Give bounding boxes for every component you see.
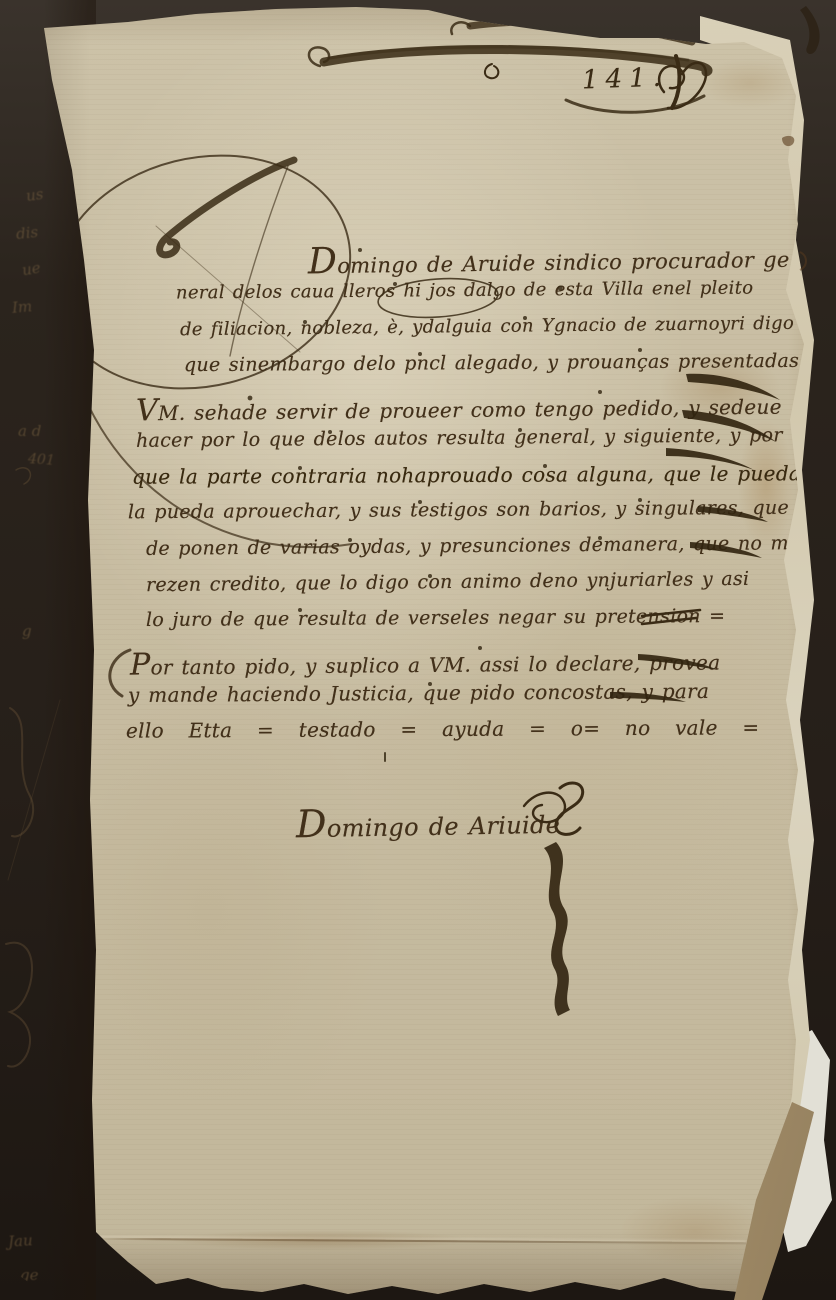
manuscript-line: Por tanto pido, y suplico a VM. assi lo …	[130, 642, 721, 682]
manuscript-line: VM. sehade servir de proueer como tengo …	[136, 387, 782, 429]
manuscript-line: ello Etta = testado = ayuda = o= no vale…	[126, 715, 760, 742]
folio-number: 141.	[582, 63, 669, 96]
manuscript-photo: us dis ue Im a d 401 g Jau ge 141.	[0, 0, 836, 1300]
manuscript-line: y mande haciendo Justicia, que pido conc…	[128, 679, 709, 707]
signature: Domingo de Ariuide	[296, 798, 561, 847]
manuscript-line: Domingo de Aruide sindico procurador ge	[308, 235, 790, 283]
manuscript-line: que sinembargo delo pncl alegado, y prou…	[184, 350, 799, 376]
manuscript-line: que la parte contraria nohaprouado cosa …	[132, 461, 801, 489]
manuscript-line: lo juro de que resulta de verseles negar…	[146, 605, 726, 631]
manuscript-page: 141. Domingo de Aruide sindico procurado…	[0, 0, 836, 1300]
manuscript-line: la pueda aprouechar, y sus testigos son …	[128, 497, 789, 524]
